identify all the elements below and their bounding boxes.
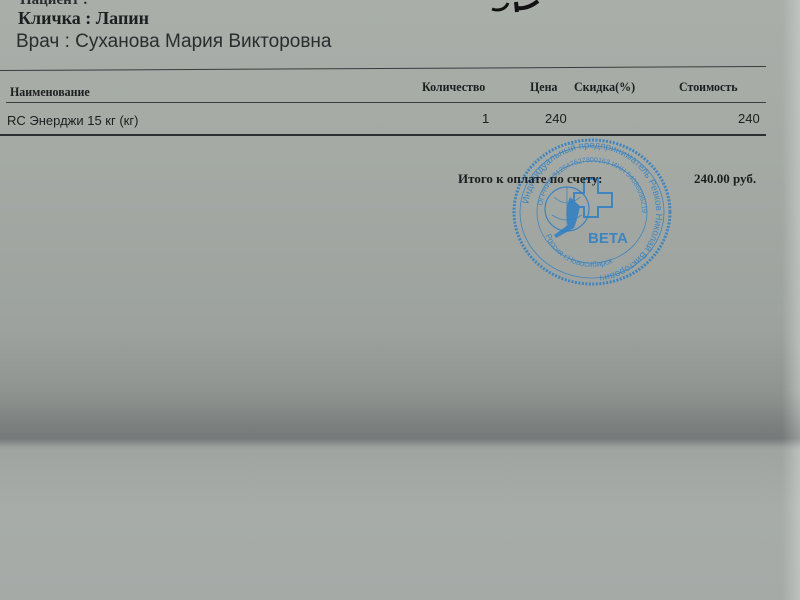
signature-mark: [490, 0, 550, 14]
item-cost: 240: [738, 111, 760, 126]
item-quantity: 1: [482, 111, 489, 126]
total-label: Итого к оплате по счету:: [458, 171, 602, 187]
doctor-name: Врач : Суханова Мария Викторовна: [16, 31, 332, 53]
col-header-discount: Скидка(%): [574, 79, 635, 95]
col-header-cost: Стоимость: [679, 79, 738, 95]
table-header-rule: [6, 102, 766, 103]
table-top-rule: [0, 66, 766, 71]
total-value: 240.00 руб.: [694, 171, 756, 187]
item-name: RC Энерджи 15 кг (кг): [7, 113, 138, 128]
table-bottom-rule: [0, 134, 766, 136]
pet-name: Кличка : Лапин: [18, 8, 149, 29]
paper-fold-shadow: [0, 390, 800, 450]
col-header-price: Цена: [530, 79, 557, 95]
item-price: 240: [545, 111, 567, 126]
svg-text:ВЕТА: ВЕТА: [588, 230, 628, 247]
paper-edge: [782, 0, 800, 600]
col-header-name: Наименование: [10, 84, 90, 100]
company-stamp: Индивидуальный предприниматель Ревков Ни…: [512, 137, 672, 287]
col-header-quantity: Количество: [422, 79, 485, 95]
